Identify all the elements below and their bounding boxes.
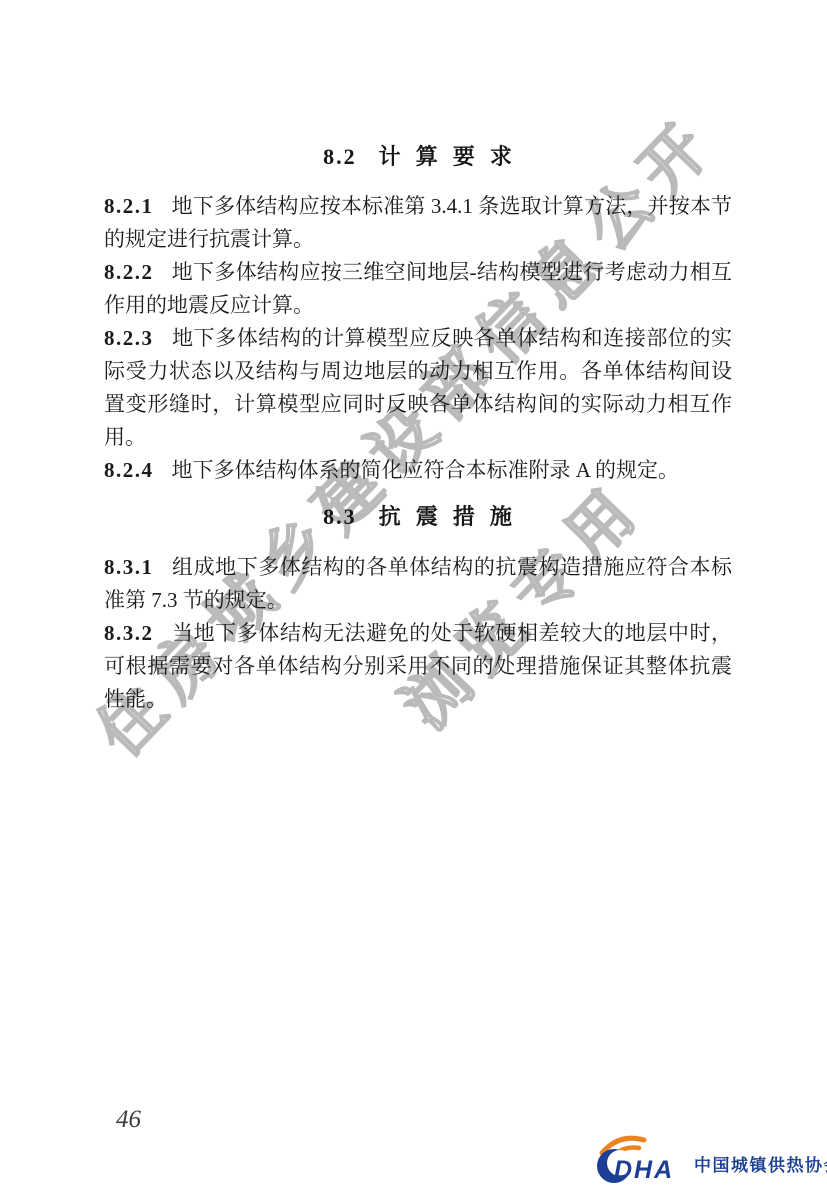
section-title: 计 算 要 求 [379,142,513,172]
clause-8-2-4: 8.2.4地下多体结构体系的简化应符合本标准附录 A 的规定。 [104,454,732,487]
section-heading-8-3: 8.3 抗 震 措 施 [104,502,732,532]
clause-text: 地下多体结构应按本标准第 3.4.1 条选取计算方法，并按本节的规定进行抗震计算… [104,194,732,251]
clause-text: 地下多体结构体系的简化应符合本标准附录 A 的规定。 [172,458,680,482]
clause-number: 8.3.2 [104,621,154,645]
clause-text: 地下多体结构应按三维空间地层-结构模型进行考虑动力相互作用的地震反应计算。 [104,260,732,317]
dha-logo-icon: DHA [594,1132,686,1186]
section-number: 8.3 [323,502,357,532]
clause-number: 8.2.3 [104,326,154,350]
clause-number: 8.3.1 [104,555,154,579]
page-number: 46 [116,1106,141,1134]
section-title: 抗 震 措 施 [379,502,513,532]
clause-text: 地下多体结构的计算模型应反映各单体结构和连接部位的实际受力状态以及结构与周边地层… [104,326,732,449]
clause-number: 8.2.2 [104,260,154,284]
org-logo: DHA 中国城镇供热协会 [594,1132,827,1186]
section-heading-8-2: 8.2 计 算 要 求 [104,142,732,172]
org-name: 中国城镇供热协会 [694,1151,827,1176]
logo-acronym: DHA [614,1156,674,1184]
clause-8-3-1: 8.3.1组成地下多体结构的各单体结构的抗震构造措施应符合本标准第 7.3 节的… [104,551,732,617]
page-content: 8.2 计 算 要 求 8.2.1地下多体结构应按本标准第 3.4.1 条选取计… [104,142,732,716]
clause-8-3-2: 8.3.2当地下多体结构无法避免的处于软硬相差较大的地层中时，可根据需要对各单体… [104,617,732,716]
clause-number: 8.2.1 [104,194,154,218]
clause-number: 8.2.4 [104,458,154,482]
clause-8-2-1: 8.2.1地下多体结构应按本标准第 3.4.1 条选取计算方法，并按本节的规定进… [104,190,732,256]
clause-8-2-2: 8.2.2地下多体结构应按三维空间地层-结构模型进行考虑动力相互作用的地震反应计… [104,256,732,322]
clause-text: 当地下多体结构无法避免的处于软硬相差较大的地层中时，可根据需要对各单体结构分别采… [104,621,732,711]
section-number: 8.2 [323,142,357,172]
clause-text: 组成地下多体结构的各单体结构的抗震构造措施应符合本标准第 7.3 节的规定。 [104,555,732,612]
clause-8-2-3: 8.2.3地下多体结构的计算模型应反映各单体结构和连接部位的实际受力状态以及结构… [104,322,732,454]
